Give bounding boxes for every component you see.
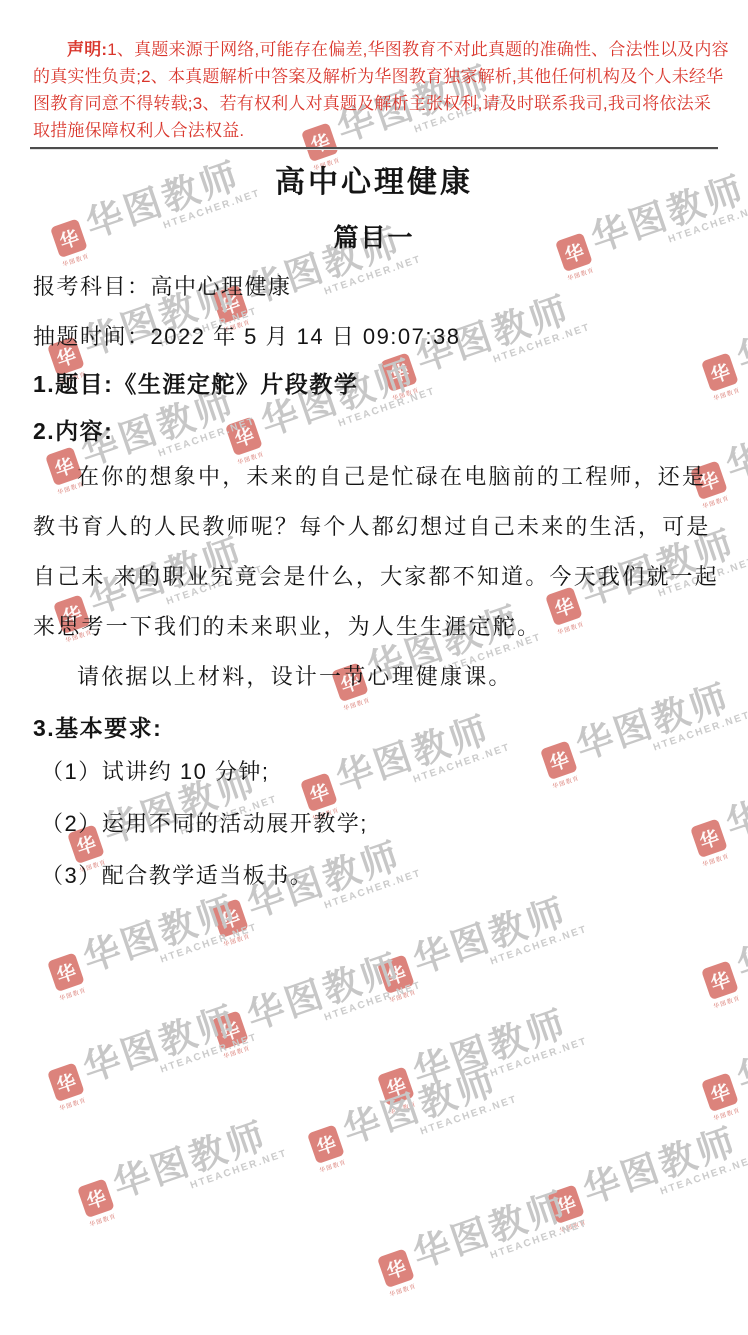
requirement-item: （1）试讲约 10 分钟;: [33, 746, 715, 798]
watermark-brand-text: 华图教师: [242, 944, 419, 1036]
watermark-text: 华图教师HTEACHER.NET: [732, 894, 748, 997]
disclaimer: 声明:1、真题来源于网络,可能存在偏差,华图教育不对此真题的准确性、合法性以及内…: [33, 36, 715, 144]
disclaimer-line: 的真实性负责;2、本真题解析中答案及解析为华图教育独家解析,其他任何机构及个人未…: [33, 63, 715, 90]
disclaimer-label: 声明:: [67, 40, 107, 59]
paragraph-line: 请依据以上材料，设计一节心理健康课。: [33, 652, 715, 702]
disclaimer-line: 取措施保障权利人合法权益.: [33, 117, 715, 144]
watermark-domain-text: HTEACHER.NET: [419, 1094, 519, 1138]
watermark-domain-text: HTEACHER.NET: [489, 1036, 589, 1080]
watermark-text: 华图教师HTEACHER.NET: [108, 1112, 289, 1215]
watermark-text: 华图教师HTEACHER.NET: [242, 944, 423, 1047]
watermark-text: 华图教师HTEACHER.NET: [408, 1000, 589, 1103]
watermark-brand-text: 华图教师: [78, 996, 255, 1088]
watermark-text: 华图教师HTEACHER.NET: [578, 1118, 748, 1221]
draw-time-line: 抽题时间：2022 年 5 月 14 日 09:07:38: [33, 320, 715, 354]
watermark-text: 华图教师HTEACHER.NET: [78, 996, 259, 1099]
watermark-text: 华图教师HTEACHER.NET: [408, 1182, 589, 1285]
huatu-logo-icon: 华: [547, 1184, 585, 1224]
watermark: 华华图教育华图教师HTEACHER.NET: [377, 1007, 589, 1114]
huatu-logo-icon: 华: [47, 952, 85, 992]
draw-time-label: 抽题时间：: [33, 324, 151, 349]
huatu-logo-icon: 华: [307, 1124, 345, 1164]
paragraph-line: 在你的想象中，未来的自己是忙碌在电脑前的工程师，还是: [33, 452, 715, 502]
huatu-logo-subtext: 华图教育: [222, 1043, 251, 1061]
huatu-logo-icon: 华: [211, 1010, 249, 1050]
watermark: 华华图教育华图教师HTEACHER.NET: [307, 1065, 519, 1172]
huatu-logo-subtext: 华图教育: [712, 1105, 741, 1123]
watermark-text: 华图教师HTEACHER.NET: [338, 1058, 519, 1161]
watermark-domain-text: HTEACHER.NET: [489, 1218, 589, 1262]
watermark: 华华图教育华图教师HTEACHER.NET: [701, 1013, 748, 1120]
huatu-logo-subtext: 华图教育: [58, 1095, 87, 1113]
huatu-logo-subtext: 华图教育: [222, 931, 251, 949]
watermark-brand-text: 华图教师: [578, 1118, 748, 1210]
huatu-logo-icon: 华: [211, 898, 249, 938]
watermark: 华华图教育华图教师HTEACHER.NET: [77, 1119, 289, 1226]
question-title-heading: 1.题目:《生涯定舵》片段教学: [33, 367, 715, 401]
draw-time-value: 2022 年 5 月 14 日 09:07:38: [151, 324, 461, 349]
watermark-brand-text: 华图教师: [732, 894, 748, 986]
exam-subject-value: 高中心理健康: [151, 274, 292, 299]
requirements-heading: 3.基本要求:: [33, 710, 715, 746]
watermark-domain-text: HTEACHER.NET: [159, 922, 259, 966]
page-title: 高中心理健康: [33, 162, 715, 204]
disclaimer-line: 图教育同意不得转载;3、若有权利人对真题及解析主张权利,请及时联系我司,我司将依…: [33, 90, 715, 117]
watermark: 华华图教育华图教师HTEACHER.NET: [377, 1189, 589, 1296]
question-paragraph: 在你的想象中，未来的自己是忙碌在电脑前的工程师，还是 教书育人的人民教师呢？每个…: [33, 452, 715, 702]
exam-subject-line: 报考科目：高中心理健康: [33, 270, 715, 304]
huatu-logo-icon: 华: [377, 1248, 415, 1288]
huatu-logo-subtext: 华图教育: [388, 987, 417, 1005]
watermark-domain-text: HTEACHER.NET: [189, 1148, 289, 1192]
huatu-logo-subtext: 华图教育: [712, 993, 741, 1011]
huatu-logo-subtext: 华图教育: [318, 1157, 347, 1175]
huatu-logo-icon: 华: [701, 1072, 739, 1112]
watermark: 华华图教育华图教师HTEACHER.NET: [211, 951, 423, 1058]
watermark-text: 华图教师HTEACHER.NET: [732, 1006, 748, 1109]
watermark: 华华图教育华图教师HTEACHER.NET: [547, 1125, 748, 1232]
huatu-logo-icon: 华: [77, 1178, 115, 1218]
huatu-logo-icon: 华: [377, 954, 415, 994]
huatu-logo-subtext: 华图教育: [558, 1217, 587, 1235]
huatu-logo-icon: 华: [701, 960, 739, 1000]
watermark-domain-text: HTEACHER.NET: [159, 1032, 259, 1076]
paragraph-line: 自己未 来的职业究竟会是什么，大家都不知道。今天我们就一起: [33, 552, 715, 602]
huatu-logo-icon: 华: [377, 1066, 415, 1106]
watermark-brand-text: 华图教师: [408, 1000, 585, 1092]
section-title: 篇目一: [33, 222, 715, 254]
watermark: 华华图教育华图教师HTEACHER.NET: [377, 895, 589, 1002]
watermark-domain-text: HTEACHER.NET: [489, 924, 589, 968]
paragraph-line: 来思考一下我们的未来职业，为人生生涯定舵。: [33, 602, 715, 652]
watermark: 华华图教育华图教师HTEACHER.NET: [47, 893, 259, 1000]
huatu-logo-subtext: 华图教育: [388, 1099, 417, 1117]
requirement-item: （3）配合教学适当板书。: [33, 850, 715, 902]
document-page: 华华图教育华图教师HTEACHER.NET华华图教育华图教师HTEACHER.N…: [0, 0, 748, 1335]
paragraph-line: 教书育人的人民教师呢？每个人都幻想过自己未来的生活，可是: [33, 502, 715, 552]
watermark-text: 华图教师HTEACHER.NET: [408, 888, 589, 991]
watermark-domain-text: HTEACHER.NET: [323, 980, 423, 1024]
divider-rule: [30, 147, 718, 150]
exam-subject-label: 报考科目：: [33, 274, 151, 299]
watermark-brand-text: 华图教师: [732, 1006, 748, 1098]
huatu-logo-subtext: 华图教育: [58, 985, 87, 1003]
question-content-heading: 2.内容:: [33, 414, 715, 448]
watermark-brand-text: 华图教师: [408, 1182, 585, 1274]
watermark: 华华图教育华图教师HTEACHER.NET: [701, 901, 748, 1008]
disclaimer-text: 1、真题来源于网络,可能存在偏差,华图教育不对此真题的准确性、合法性以及内容: [107, 40, 729, 59]
watermark-brand-text: 华图教师: [338, 1058, 515, 1150]
huatu-logo-icon: 华: [47, 1062, 85, 1102]
watermark-domain-text: HTEACHER.NET: [659, 1154, 748, 1198]
huatu-logo-subtext: 华图教育: [88, 1211, 117, 1229]
watermark-brand-text: 华图教师: [108, 1112, 285, 1204]
requirement-item: （2）运用不同的活动展开教学;: [33, 798, 715, 850]
huatu-logo-subtext: 华图教育: [388, 1281, 417, 1299]
document-content: 声明:1、真题来源于网络,可能存在偏差,华图教育不对此真题的准确性、合法性以及内…: [0, 0, 748, 902]
watermark: 华华图教育华图教师HTEACHER.NET: [47, 1003, 259, 1110]
disclaimer-line: 声明:1、真题来源于网络,可能存在偏差,华图教育不对此真题的准确性、合法性以及内…: [33, 36, 715, 63]
